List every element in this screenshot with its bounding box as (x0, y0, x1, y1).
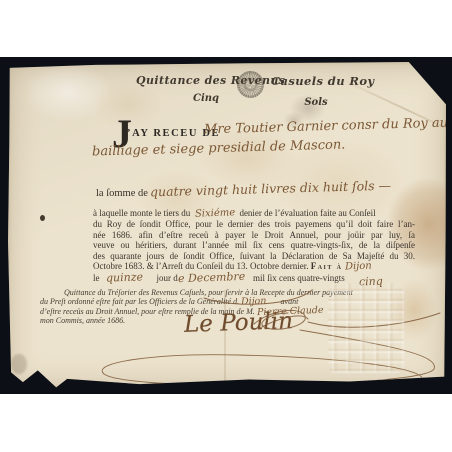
footer-line-2-pre: du Preſt ordonné eſtre fait par les Offi… (40, 297, 239, 306)
edge-smudge (11, 354, 27, 374)
tax-stamp-icon (237, 71, 264, 98)
paper-sheet: Quittance des Revenus Casuels du Roy Cin… (8, 62, 446, 388)
body-line-7-mid: jour d (157, 273, 178, 283)
denomination-cinq: Cinq (186, 93, 226, 104)
footer-line-1: Quittance du Tréſorier des Revenus Caſue… (40, 288, 342, 297)
ink-speck (40, 215, 45, 221)
amount-label: la ſomme de (96, 188, 148, 199)
body-line-5: des quarante jours de ſondit Office, ſui… (93, 251, 415, 261)
body-line-2: du Roy de ſondit Office, pour le dernier… (93, 219, 415, 229)
body-line-1-handwriting: Sixiéme (195, 208, 236, 220)
body-line-7-post: mil ſix cens quatre-vingts (253, 273, 345, 283)
fait-a-label: Fait à (311, 261, 343, 271)
photo-frame: Quittance des Revenus Casuels du Roy Cin… (0, 57, 452, 394)
place-handwriting: Dijon (345, 262, 372, 273)
body-line-6-pre: Octobre 1683. & l’Arreſt du Conſeil du 1… (93, 261, 308, 271)
month-handwriting: e Decembre (178, 272, 246, 285)
page-background: Quittance des Revenus Casuels du Roy Cin… (0, 0, 452, 452)
body-line-1-pre: à laquelle monte le tiers du (93, 208, 190, 218)
payer-handwriting-line1: Mre Toutier Garnier consr du Roy au (204, 116, 448, 138)
body-line-1-post: denier de l’évaluation faite au Conſeil (239, 208, 375, 218)
amount-handwriting: quatre vingt huit livres dix huit ſols — (150, 178, 391, 200)
treasurer-signature: Le Poulin (184, 308, 294, 338)
day-handwriting: quinze (105, 273, 142, 285)
body-line-4: veuve ou héritiers, durant l’année mil ſ… (93, 240, 415, 250)
body-line-7-pre: le (93, 273, 100, 283)
body-paragraph: à laquelle monte le tiers du Sixiéme den… (93, 208, 415, 284)
generalite-handwriting: Dijon (241, 297, 267, 307)
embossed-dry-seal (328, 283, 404, 373)
body-line-1: à laquelle monte le tiers du Sixiéme den… (93, 208, 415, 219)
denomination-sols: Sols (298, 97, 334, 108)
header-title-right: Casuels du Roy (271, 74, 375, 88)
body-line-3: née 1686. afin d’eſtre receü à payer le … (93, 230, 415, 240)
